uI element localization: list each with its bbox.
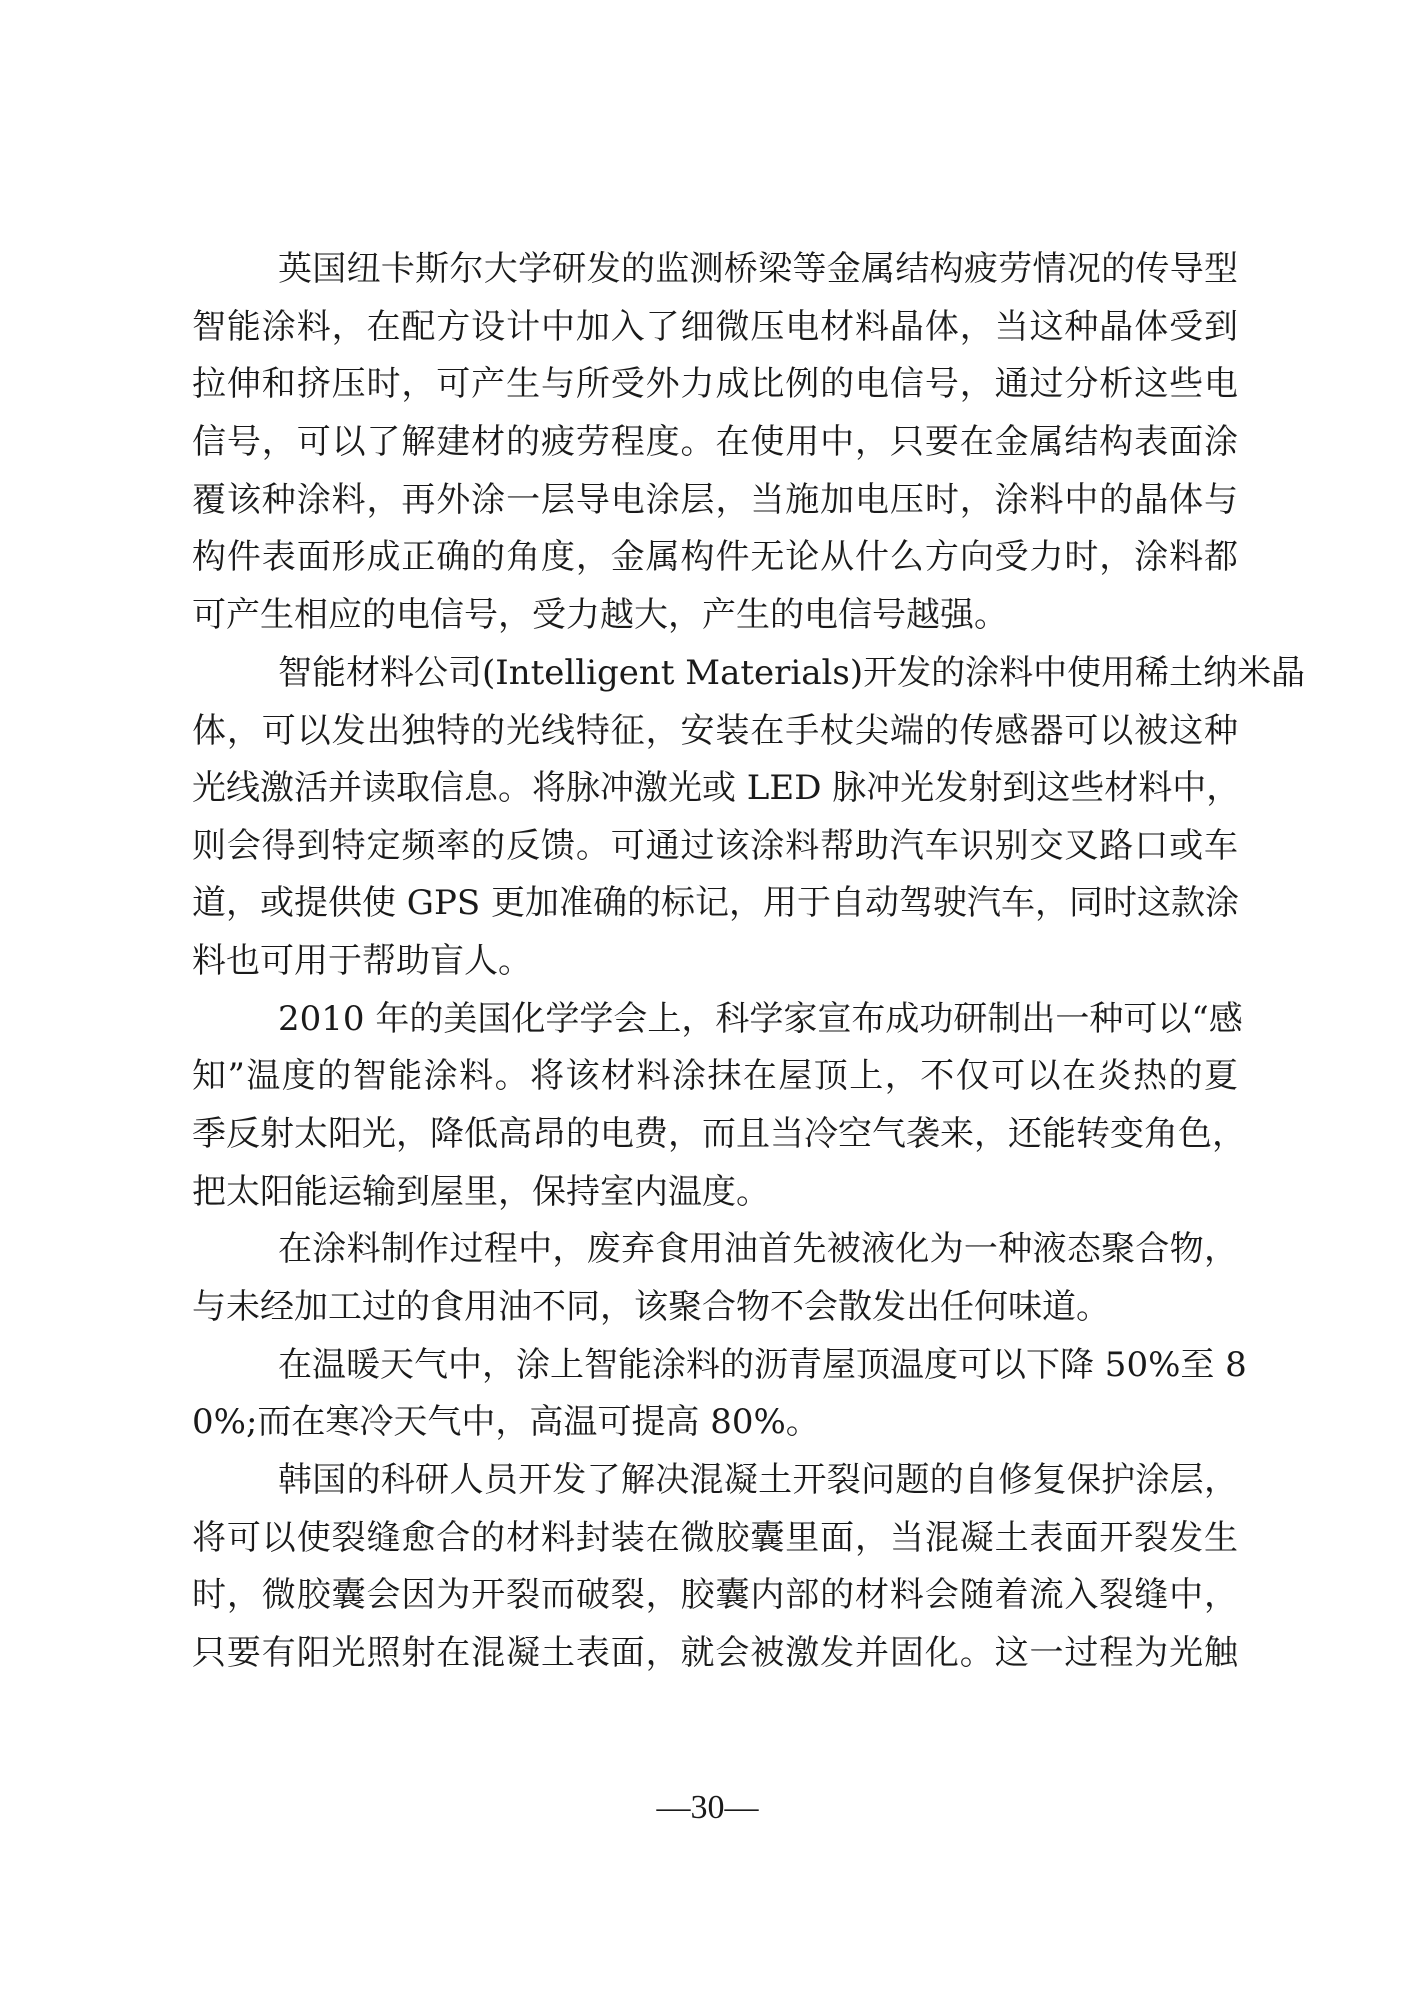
paragraph-6-line-2: 将可以使裂缝愈合的材料封装在微胶囊里面，当混凝土表面开裂发生	[192, 1509, 1238, 1567]
paragraph-2-line-3: 光线激活并读取信息。将脉冲激光或 LED 脉冲光发射到这些材料中，	[192, 759, 1238, 817]
paragraph-6-line-3: 时，微胶囊会因为开裂而破裂，胶囊内部的材料会随着流入裂缝中，	[192, 1566, 1238, 1624]
paragraph-2-line-1: 智能材料公司(Intelligent Materials)开发的涂料中使用稀土纳…	[278, 644, 1238, 702]
paragraph-5-line-1: 在温暖天气中，涂上智能涂料的沥青屋顶温度可以下降 50%至 8	[278, 1336, 1238, 1394]
paragraph-5-line-2: 0%;而在寒冷天气中，高温可提高 80%。	[192, 1393, 1238, 1451]
paragraph-3-line-4: 把太阳能运输到屋里，保持室内温度。	[192, 1163, 1238, 1221]
paragraph-1-line-4: 信号，可以了解建材的疲劳程度。在使用中，只要在金属结构表面涂	[192, 413, 1238, 471]
paragraph-1-line-7: 可产生相应的电信号，受力越大，产生的电信号越强。	[192, 586, 1238, 644]
paragraph-2-line-6: 料也可用于帮助盲人。	[192, 932, 1238, 990]
paragraph-2-line-2: 体，可以发出独特的光线特征，安装在手杖尖端的传感器可以被这种	[192, 702, 1238, 760]
paragraph-4-line-2: 与未经加工过的食用油不同，该聚合物不会散发出任何味道。	[192, 1278, 1238, 1336]
paragraph-2-line-4: 则会得到特定频率的反馈。可通过该涂料帮助汽车识别交叉路口或车	[192, 817, 1238, 875]
paragraph-3-line-2: 知”温度的智能涂料。将该材料涂抹在屋顶上，不仅可以在炎热的夏	[192, 1047, 1238, 1105]
paragraph-6-line-1: 韩国的科研人员开发了解决混凝土开裂问题的自修复保护涂层，	[278, 1451, 1238, 1509]
paragraph-1-line-1: 英国纽卡斯尔大学研发的监测桥梁等金属结构疲劳情况的传导型	[278, 240, 1238, 298]
paragraph-1-line-6: 构件表面形成正确的角度，金属构件无论从什么方向受力时，涂料都	[192, 528, 1238, 586]
paragraph-4-line-1: 在涂料制作过程中，废弃食用油首先被液化为一种液态聚合物，	[278, 1220, 1238, 1278]
paragraph-3-line-3: 季反射太阳光，降低高昂的电费，而且当冷空气袭来，还能转变角色，	[192, 1105, 1238, 1163]
paragraph-1-line-3: 拉伸和挤压时，可产生与所受外力成比例的电信号，通过分析这些电	[192, 355, 1238, 413]
paragraph-1-line-2: 智能涂料，在配方设计中加入了细微压电材料晶体，当这种晶体受到	[192, 298, 1238, 356]
paragraph-2-line-5: 道，或提供使 GPS 更加准确的标记，用于自动驾驶汽车，同时这款涂	[192, 874, 1238, 932]
paragraph-3-line-1: 2010 年的美国化学学会上，科学家宣布成功研制出一种可以“感	[278, 990, 1238, 1048]
paragraph-6-line-4: 只要有阳光照射在混凝土表面，就会被激发并固化。这一过程为光触	[192, 1624, 1238, 1682]
page-number: —30—	[0, 1786, 1415, 1830]
paragraph-1-line-5: 覆该种涂料，再外涂一层导电涂层，当施加电压时，涂料中的晶体与	[192, 471, 1238, 529]
